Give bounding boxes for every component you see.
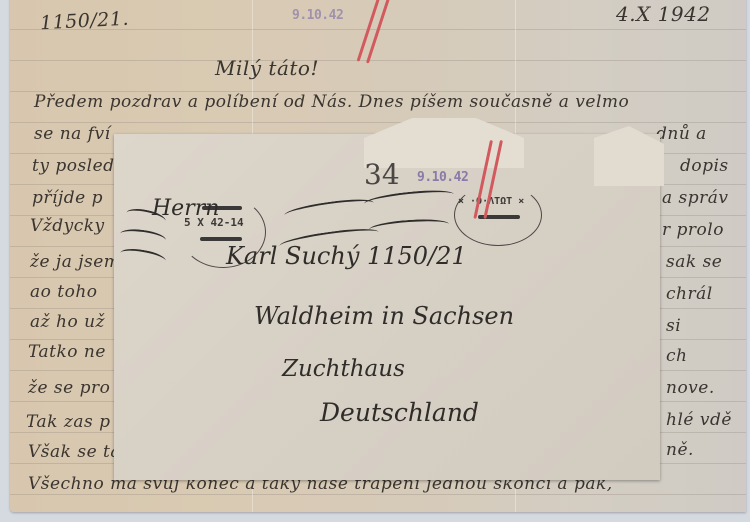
- address-line-3: Deutschland: [320, 398, 479, 427]
- cancellation-wave: [119, 246, 167, 268]
- letter-fragment: chrál: [666, 284, 713, 304]
- cancellation-wave: [369, 217, 450, 237]
- envelope-number: 34: [364, 158, 400, 191]
- letter-fragment: r prolo: [662, 220, 724, 240]
- address-line-2: Zuchthaus: [282, 356, 405, 382]
- cancellation-wave: [119, 227, 167, 247]
- letter-line: Tak zas p: [26, 412, 110, 432]
- letter-line: až ho už: [30, 312, 105, 332]
- letter-line: se na fví: [34, 124, 111, 144]
- letter-line: Předem pozdrav a políbení od Nás. Dnes p…: [34, 92, 629, 112]
- letter-line: že ja jsem: [30, 252, 120, 272]
- letter-fragment: dopis: [680, 156, 729, 176]
- letter-fragment: nove.: [666, 378, 715, 398]
- letter-line: že se pro: [28, 378, 110, 398]
- addressee-prefix: Herrn: [152, 196, 219, 221]
- letter-reference-number: 1150/21.: [39, 8, 129, 35]
- address-line-1: Waldheim in Sachsen: [254, 302, 514, 330]
- letter-fragment: si: [666, 316, 681, 336]
- letter-greeting: Milý táto!: [215, 56, 319, 80]
- envelope-censor-stamp: 9.10.42: [417, 170, 468, 185]
- letter-fragment: ch: [666, 346, 687, 366]
- letter-line: příjde p: [32, 188, 103, 208]
- letter-fragment: a správ: [662, 188, 729, 208]
- letter-censor-stamp: 9.10.42: [292, 8, 343, 23]
- letter-line: ty posled: [32, 156, 115, 176]
- letter-fragment: ně.: [666, 440, 694, 460]
- envelope: 5 X 42-14 × ·O·ΛΤΩΤ × 34 9.10.42 Herrn K…: [114, 134, 660, 480]
- letter-line: Vždycky: [30, 216, 105, 236]
- red-pencil-mark: [366, 0, 390, 64]
- addressee-name: Karl Suchý 1150/21: [226, 242, 467, 270]
- letter-fragment: hlé vdě: [666, 410, 732, 430]
- postmark-bar: [200, 237, 242, 241]
- letter-date: 4.X 1942: [616, 2, 711, 26]
- letter-line: Tatko ne: [28, 342, 106, 362]
- letter-fragment: dnů a: [656, 124, 707, 144]
- letter-line: Však se ta: [28, 442, 121, 462]
- postmark-right-text: × ·O·ΛΤΩΤ ×: [458, 196, 524, 207]
- envelope-torn-corner: [594, 126, 664, 186]
- cancellation-wave: [283, 196, 374, 222]
- letter-fragment: sak se: [666, 252, 722, 272]
- letter-line: ao toho: [30, 282, 98, 302]
